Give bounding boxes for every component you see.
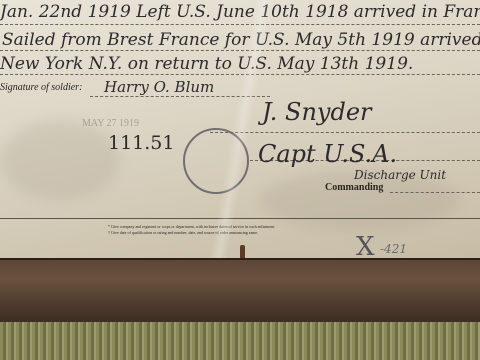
discharge-paper: Jan. 22nd 1919 Left U.S. June 10th 1918 … bbox=[0, 0, 480, 262]
stain bbox=[0, 120, 120, 200]
ruled-line bbox=[0, 24, 480, 25]
pencil-note: -421 bbox=[380, 242, 407, 256]
ruled-line bbox=[0, 50, 480, 51]
handwritten-line-1: Jan. 22nd 1919 Left U.S. June 10th 1918 … bbox=[0, 2, 480, 22]
wooden-frame bbox=[0, 258, 480, 324]
footnote-2: † Give date of qualification or rating a… bbox=[108, 230, 258, 235]
background-grass bbox=[0, 322, 480, 360]
signature-label: Signature of soldier: bbox=[0, 82, 82, 93]
handwritten-number: 111.51 bbox=[108, 132, 174, 154]
officer-title: Capt U.S.A. bbox=[258, 140, 397, 168]
ruled-line bbox=[0, 74, 480, 75]
footnote-1: * Give company and regiment or corps or … bbox=[108, 224, 275, 229]
footnote-divider bbox=[0, 218, 480, 219]
handwritten-line-2: Sailed from Brest France for U.S. May 5t… bbox=[2, 30, 480, 50]
ruled-line bbox=[390, 192, 480, 193]
commanding-label: Commanding bbox=[325, 182, 383, 193]
ruled-line bbox=[210, 132, 480, 133]
officer-unit: Discharge Unit bbox=[354, 168, 446, 182]
handwritten-line-3: New York N.Y. on return to U.S. May 13th… bbox=[0, 54, 413, 74]
faded-date-stamp: MAY 27 1919 bbox=[82, 118, 139, 129]
soldier-signature: Harry O. Blum bbox=[104, 78, 214, 96]
officer-signature: J. Snyder bbox=[262, 98, 372, 126]
